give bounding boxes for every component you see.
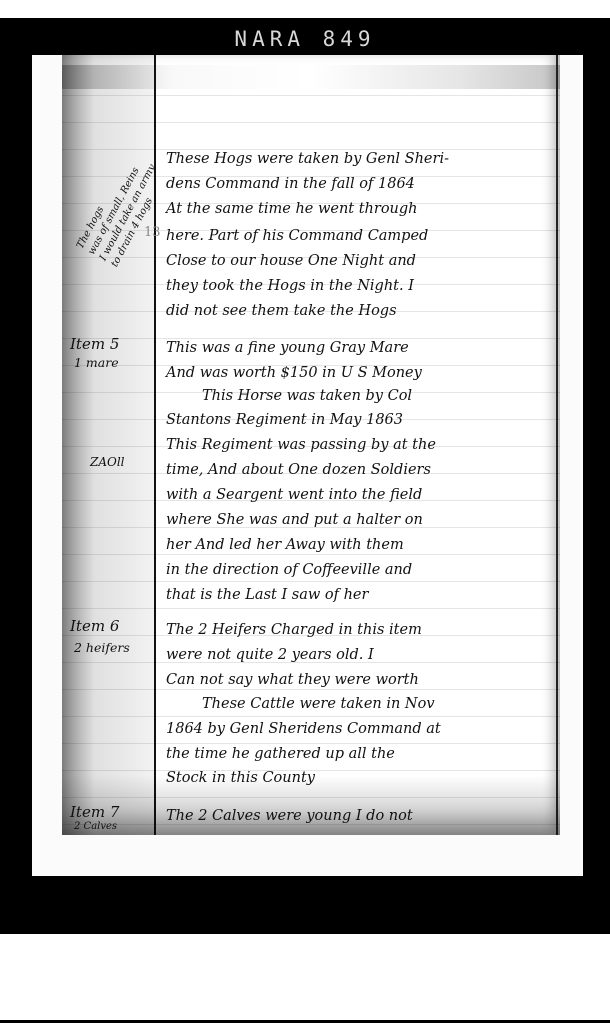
body-line: dens Command in the fall of 1864 <box>166 175 415 193</box>
body-line: time, And about One dozen Soldiers <box>166 461 431 479</box>
right-margin-rule <box>556 55 558 835</box>
body-line: 1864 by Genl Sheridens Command at <box>166 720 441 738</box>
document-page: The hogs was of small, Reins I would tak… <box>32 55 583 876</box>
body-line: with a Seargent went into the field <box>166 486 422 504</box>
body-line: Can not say what they were worth <box>166 671 419 689</box>
body-line: And was worth $150 in U S Money <box>166 364 422 382</box>
body-line: Stantons Regiment in May 1863 <box>166 411 403 429</box>
item-7-label: Item 7 <box>70 803 119 821</box>
body-line: her And led her Away with them <box>166 536 404 554</box>
body-line: This was a fine young Gray Mare <box>166 339 409 357</box>
item-6-label: Item 6 <box>70 617 119 635</box>
body-line: This Horse was taken by Col <box>202 387 412 405</box>
body-line: here. Part of his Command Camped <box>166 227 428 245</box>
body-line: The 2 Heifers Charged in this item <box>166 621 422 639</box>
scan-white-strip-top <box>0 0 610 18</box>
body-line: that is the Last I saw of her <box>166 586 368 604</box>
body-line: The 2 Calves were young I do not <box>166 807 413 825</box>
item-5-sub: 1 mare <box>74 355 119 370</box>
margin-mark: ZAOll <box>90 455 125 470</box>
body-line: did not see them take the Hogs <box>166 302 397 320</box>
item-7-sub: 2 Calves <box>74 821 117 832</box>
item-5-label: Item 5 <box>70 335 119 353</box>
margin-pencil-number: 13 <box>144 225 161 240</box>
body-line: the time he gathered up all the <box>166 745 395 763</box>
body-line: they took the Hogs in the Night. I <box>166 277 414 295</box>
body-line: Stock in this County <box>166 769 315 787</box>
ruled-ledger-sheet: The hogs was of small, Reins I would tak… <box>62 55 560 835</box>
body-line: where She was and put a halter on <box>166 511 423 529</box>
body-line: At the same time he went through <box>166 200 418 218</box>
body-line: These Cattle were taken in Nov <box>202 695 435 713</box>
body-line: Close to our house One Night and <box>166 252 416 270</box>
body-line: This Regiment was passing by at the <box>166 436 436 454</box>
body-line: in the direction of Coffeeville and <box>166 561 412 579</box>
body-line: These Hogs were taken by Genl Sheri- <box>166 150 449 168</box>
item-6-sub: 2 heifers <box>74 640 130 655</box>
microfilm-frame-id: NARA 849 <box>0 27 610 51</box>
scan-white-strip-bottom <box>0 934 610 1020</box>
body-line: were not quite 2 years old. I <box>166 646 374 664</box>
